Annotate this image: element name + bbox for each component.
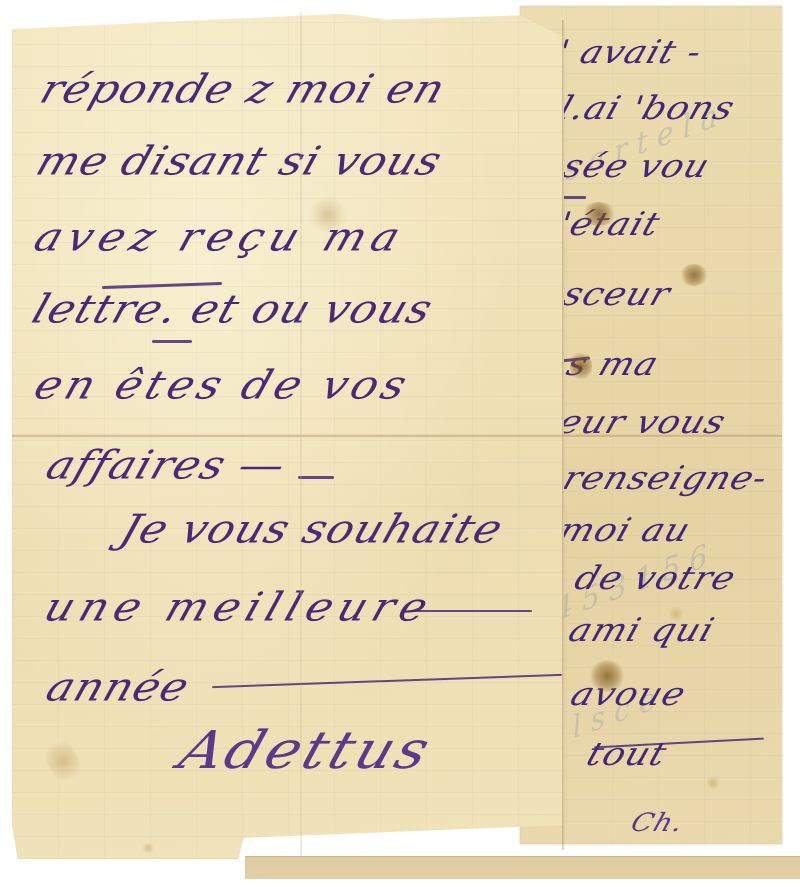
back-line-2: l.ai 'bons — [554, 90, 740, 127]
front-line-3: avez reçu ma — [29, 215, 412, 261]
front-line-4: lettre. et ou vous — [27, 287, 439, 333]
front-line-8: une meilleure — [39, 585, 440, 631]
front-line-6: affaires — — [41, 443, 293, 489]
back-initials: Ch. — [627, 808, 688, 838]
back-line-12: avoue — [566, 676, 691, 713]
ink-stain — [668, 606, 684, 622]
fold-crease — [12, 434, 782, 438]
letter-scan: s a r t e l a 4 5 3 1 5 6 l s c e ' avai… — [0, 0, 800, 886]
back-line-11: ami qui — [564, 612, 719, 649]
ink-flourish — [412, 610, 532, 612]
back-line-3: sée vou — [558, 148, 715, 185]
ink-dash — [562, 196, 586, 199]
ink-stain — [680, 264, 708, 286]
ink-stroke — [152, 340, 192, 343]
front-line-1: réponde z moi en — [35, 67, 452, 113]
ink-dash — [298, 476, 334, 479]
front-line-9: année — [41, 665, 196, 711]
back-line-5: sceur — [558, 276, 675, 313]
ink-stain — [706, 776, 720, 790]
fold-crease-vertical — [300, 12, 302, 857]
front-line-2: me disant si vous — [31, 139, 449, 185]
back-line-13: tout — [582, 736, 672, 773]
paper-stain — [142, 842, 154, 854]
ink-stain — [590, 660, 624, 692]
ink-stain — [582, 202, 616, 226]
back-line-9: moi au — [554, 512, 695, 549]
back-line-8: renseigne- — [558, 460, 773, 497]
back-line-1: ' avait - — [552, 34, 707, 71]
front-line-5: en êtes de vos — [29, 363, 417, 409]
ink-stain — [570, 351, 592, 381]
signature: Adettus — [172, 719, 440, 780]
front-line-7: Je vous souhaite — [115, 507, 510, 553]
back-line-10: de votre — [570, 560, 741, 597]
back-page-bottom-edge — [245, 856, 800, 879]
